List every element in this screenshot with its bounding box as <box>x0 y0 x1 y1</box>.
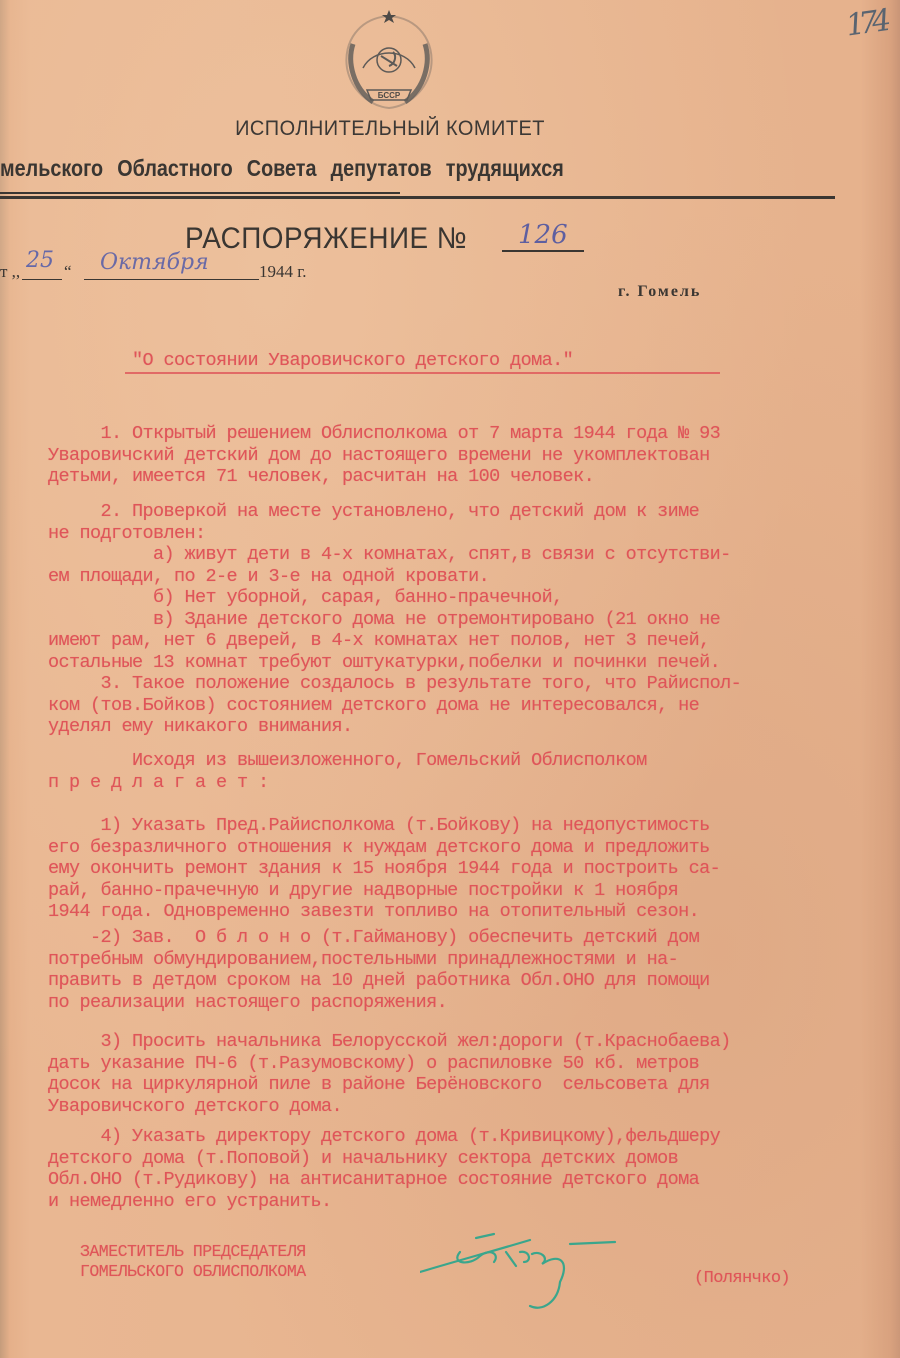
order-number-line <box>502 250 584 252</box>
subject-line: "О состоянии Уваровичского детского дома… <box>132 350 573 372</box>
resolution-intro: Исходя из вышеизложенного, Гомельский Об… <box>48 750 647 793</box>
order-2: -2) Зав. О б л о н о (т.Гайманову) обесп… <box>48 927 710 1013</box>
header-line-1: ИСПОЛНИТЕЛЬНЫЙ КОМИТЕТ <box>20 117 761 141</box>
date-day-line <box>22 279 62 280</box>
city: г. Гомель <box>618 283 701 301</box>
folio-number: 174 <box>844 3 888 43</box>
header-line-2: мельского Областного Совета депутатов тр… <box>0 155 564 182</box>
signature-icon <box>420 1222 680 1327</box>
date-day: 25 <box>26 248 54 273</box>
date-prefix-text: т ,, <box>0 262 20 281</box>
svg-text:БССР: БССР <box>378 91 401 100</box>
paragraph-2: 2. Проверкой на месте установлено, что д… <box>48 501 731 673</box>
order-number: 126 <box>518 220 568 250</box>
date-month: Октября <box>100 250 209 275</box>
signatory-title: ЗАМЕСТИТЕЛЬ ПРЕДСЕДАТЕЛЯ ГОМЕЛЬСКОГО ОБЛ… <box>80 1242 306 1282</box>
paragraph-1: 1. Открытый решением Облисполкома от 7 м… <box>48 423 720 488</box>
paragraph-3: 3. Такое положение создалось в результат… <box>48 673 741 738</box>
date-month-line <box>84 279 259 280</box>
date-quote: “ <box>64 262 72 282</box>
coat-of-arms-icon: БССР <box>333 8 445 113</box>
order-4: 4) Указать директору детского дома (т.Кр… <box>48 1126 720 1212</box>
date-year: 1944 г. <box>259 262 307 282</box>
header-rule <box>0 196 835 199</box>
date-prefix: т ,, <box>0 262 20 282</box>
order-3: 3) Просить начальника Белорусской жел:до… <box>48 1031 731 1117</box>
header-rule-thin <box>0 192 400 194</box>
subject-underline <box>125 372 720 374</box>
document-title: РАСПОРЯЖЕНИЕ № <box>185 222 467 256</box>
order-1: 1) Указать Пред.Райисполкома (т.Бойкову)… <box>48 815 720 923</box>
signatory-name: (Полянчко) <box>694 1268 790 1290</box>
